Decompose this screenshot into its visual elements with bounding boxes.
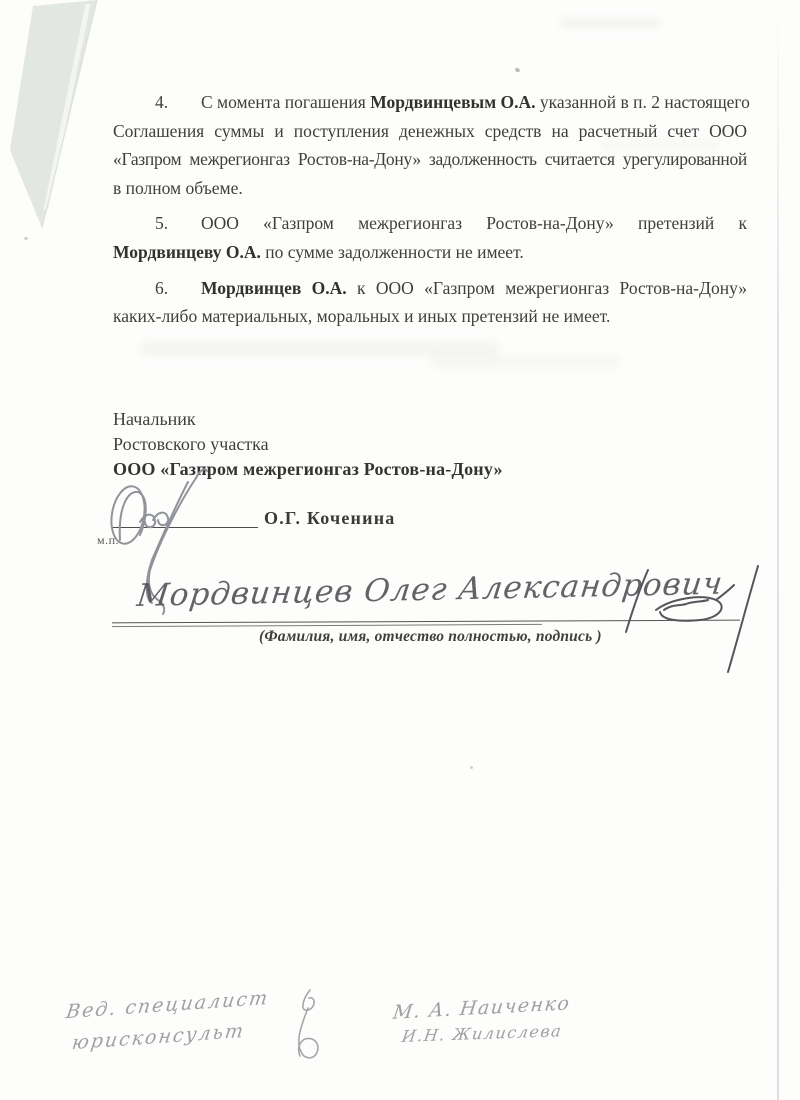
clause-4-line-4: в полном объеме.: [113, 174, 747, 203]
clause-4-line-3: «Газпром межрегионгаз Ростов-на-Дону» за…: [113, 145, 747, 174]
clause-4-number: 4.: [155, 88, 201, 117]
pencil-note-left-1: Вед. специалист: [65, 987, 271, 1023]
pencil-note-right-2: И.Н. Жилислева: [401, 1021, 564, 1046]
clause-text: каких-либо материальных, моральных и ины…: [113, 306, 610, 326]
pencil-note-right-1: М. А. Наиченко: [392, 992, 572, 1023]
agreement-clauses: 4.С момента погашения Мордвинцевым О.А. …: [113, 88, 747, 331]
signature-line-caption: (Фамилия, имя, отчество полностью, подпи…: [259, 628, 602, 646]
bleed-through-ghost: [140, 342, 500, 356]
scan-speck: [470, 766, 473, 769]
clause-text: Соглашения суммы и поступления денежных …: [113, 121, 747, 141]
paper-edge-line: [777, 0, 779, 1100]
clause-6-line-1: 6.Мордвинцев О.А. к ООО «Газпром межреги…: [113, 274, 747, 303]
clause-4-line-2: Соглашения суммы и поступления денежных …: [113, 117, 747, 146]
clause-text: ООО «Газпром межрегионгаз Ростов-на-Дону…: [201, 213, 747, 233]
signatory-name: О.Г. Коченина: [264, 508, 395, 529]
clause-6-number: 6.: [155, 274, 201, 303]
scan-speck: [24, 237, 28, 240]
clause-5-line-1: 5.ООО «Газпром межрегионгаз Ростов-на-До…: [113, 209, 747, 238]
clause-text: «Газпром межрегионгаз Ростов-на-Дону» за…: [113, 149, 747, 169]
debtor-name-bold: Мордвинцев О.А.: [201, 278, 347, 298]
debtor-name-bold: Мордвинцеву О.А.: [113, 242, 261, 262]
handwritten-name-rule-2: [112, 624, 542, 627]
debtor-name-bold: Мордвинцевым О.А.: [370, 92, 535, 112]
clause-text: в полном объеме.: [113, 178, 243, 198]
page-fold-corner-icon: [0, 0, 120, 240]
clause-text: С момента погашения: [201, 92, 370, 112]
scan-speck: [514, 67, 520, 73]
scanned-agreement-page: 4.С момента погашения Мордвинцевым О.А. …: [0, 0, 800, 1100]
clause-6-line-2: каких-либо материальных, моральных и ины…: [113, 302, 747, 331]
bleed-through-ghost: [560, 18, 660, 28]
clause-text: к ООО «Газпром межрегионгаз Ростов-на-До…: [347, 278, 747, 298]
signature-note-icon: [276, 984, 336, 1070]
clause-text: по сумме задолженности не имеет.: [261, 242, 524, 262]
clause-5-line-2: Мордвинцеву О.А. по сумме задолженности …: [113, 238, 747, 267]
bleed-through-ghost: [430, 356, 620, 368]
signatory-title-1: Начальник: [113, 407, 503, 432]
clause-text: указанной в п. 2 настоящего: [536, 92, 750, 112]
clause-5-number: 5.: [155, 209, 201, 238]
clause-4-line-1: 4.С момента погашения Мордвинцевым О.А. …: [113, 88, 747, 117]
pencil-note-left-2: юрисконсульт: [71, 1020, 247, 1054]
